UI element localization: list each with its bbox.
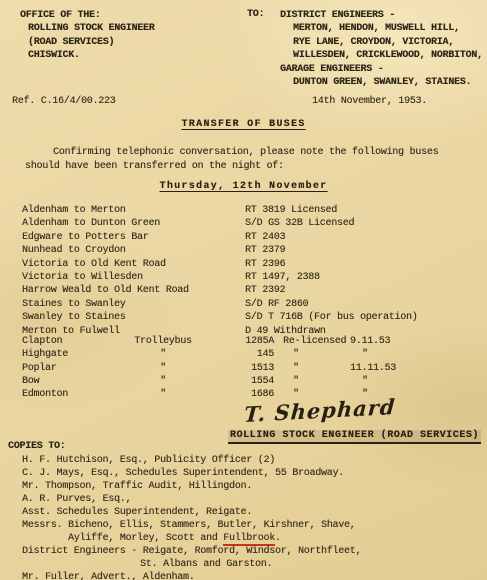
transfer-vehicle-detail: RT 2396 [245, 259, 285, 270]
trolleybus-row: Bow"1554"" [22, 376, 462, 389]
transfer-route: Merton to Fulwell [22, 326, 120, 337]
copies-line: Asst. Schedules Superintendent, Reigate. [22, 506, 361, 519]
transfer-route: Nunhead to Croydon [22, 245, 126, 256]
document-title: TRANSFER OF BUSES [0, 119, 487, 130]
transfer-route: Swanley to Staines [22, 312, 126, 323]
copies-label: COPIES TO: [8, 441, 66, 452]
recipient-line: MERTON, HENDON, MUSWELL HILL, [293, 22, 483, 35]
trolleybus-number: 1285A [218, 336, 274, 347]
transfer-route: Harrow Weald to Old Kent Road [22, 285, 189, 296]
office-address-line: (ROAD SERVICES) [28, 36, 155, 49]
trolleybus-date: " [350, 349, 368, 360]
copies-line: District Engineers - Reigate, Romford, W… [22, 545, 361, 558]
bus-transfers-list: Aldenham to MertonRT 3819 LicensedAldenh… [22, 205, 462, 339]
trolleybus-status: " [283, 363, 299, 374]
trolleybus-row: Highgate"145"" [22, 349, 462, 362]
recipient-group-heading: DISTRICT ENGINEERS - [280, 9, 483, 22]
recipients-block: DISTRICT ENGINEERS -MERTON, HENDON, MUSW… [275, 9, 483, 89]
trolleybus-type: Trolleybus [130, 336, 196, 347]
trolleybus-garage: Poplar [22, 363, 57, 374]
copies-text: . [275, 533, 281, 544]
office-label: OFFICE OF THE: [20, 9, 155, 22]
transfer-row: Edgware to Potters BarRT 2403 [22, 232, 462, 245]
copies-list: H. F. Hutchison, Esq., Publicity Officer… [22, 454, 361, 580]
trolleybus-date: " [350, 376, 368, 387]
recipient-line: DUNTON GREEN, SWANLEY, STAINES. [293, 76, 483, 89]
office-block: OFFICE OF THE: ROLLING STOCK ENGINEER(RO… [20, 9, 155, 62]
transfer-vehicle-detail: RT 2403 [245, 232, 285, 243]
trolleybus-date: 9.11.53 [350, 336, 390, 347]
trolleybus-garage: Edmonton [22, 389, 68, 400]
transfer-row: Aldenham to MertonRT 3819 Licensed [22, 205, 462, 218]
transfer-vehicle-detail: S/D T 716B (For bus operation) [245, 312, 418, 323]
copies-line: St. Albans and Garston. [22, 558, 361, 571]
trolleybus-date: 11.11.53 [350, 363, 396, 374]
copies-line: H. F. Hutchison, Esq., Publicity Officer… [22, 454, 361, 467]
trolleybus-garage: Highgate [22, 349, 68, 360]
copies-line: A. R. Purves, Esq., [22, 493, 361, 506]
trolleybus-number: 1554 [218, 376, 274, 387]
transfer-route: Victoria to Willesden [22, 272, 143, 283]
recipient-group-heading: GARAGE ENGINEERS - [280, 63, 483, 76]
transfer-row: Swanley to StainesS/D T 716B (For bus op… [22, 312, 462, 325]
signature-title: ROLLING STOCK ENGINEER (ROAD SERVICES) [228, 430, 481, 444]
transfer-row: Victoria to WillesdenRT 1497, 2388 [22, 272, 462, 285]
transfer-vehicle-detail: RT 2379 [245, 245, 285, 256]
memo-document: OFFICE OF THE: ROLLING STOCK ENGINEER(RO… [0, 0, 487, 580]
trolleybus-row: Poplar"1513"11.11.53 [22, 363, 462, 376]
trolleybus-type: " [130, 376, 196, 387]
trolleybus-type: " [130, 363, 196, 374]
transfer-route: Staines to Swanley [22, 299, 126, 310]
trolleybus-list: ClaptonTrolleybus1285ARe-licensed9.11.53… [22, 336, 462, 402]
recipient-line: RYE LANE, CROYDON, VICTORIA, [293, 36, 483, 49]
transfer-row: Staines to SwanleyS/D RF 2860 [22, 299, 462, 312]
intro-paragraph: Confirming telephonic conversation, plea… [25, 146, 438, 173]
transfer-route: Edgware to Potters Bar [22, 232, 149, 243]
trolleybus-type: " [130, 349, 196, 360]
copies-line: Messrs. Bicheno, Ellis, Stammers, Butler… [22, 519, 361, 532]
copies-line: Ayliffe, Morley, Scott and Fullbrook. [22, 532, 361, 545]
trolleybus-status: " [283, 376, 299, 387]
trolleybus-garage: Bow [22, 376, 39, 387]
copies-line: Mr. Fuller, Advert., Aldenham. [22, 571, 361, 580]
trolleybus-number: 145 [218, 349, 274, 360]
intro-line: should have been transferred on the nigh… [25, 160, 438, 174]
copies-text: Ayliffe, Morley, Scott and [68, 533, 223, 544]
transfer-vehicle-detail: RT 1497, 2388 [245, 272, 320, 283]
transfer-route: Aldenham to Merton [22, 205, 126, 216]
transfer-route: Aldenham to Dunton Green [22, 218, 160, 229]
intro-line: Confirming telephonic conversation, plea… [25, 146, 438, 160]
transfer-row: Harrow Weald to Old Kent RoadRT 2392 [22, 285, 462, 298]
trolleybus-status: Re-licensed [283, 336, 346, 347]
transfer-vehicle-detail: S/D GS 32B Licensed [245, 218, 354, 229]
recipient-line: WILLESDEN, CRICKLEWOOD, NORBITON, [293, 49, 483, 62]
transfer-route: Victoria to Old Kent Road [22, 259, 166, 270]
to-label: TO: [247, 9, 264, 20]
reference-number: Ref. C.16/4/00.223 [12, 96, 116, 107]
document-date: 14th November, 1953. [312, 96, 427, 107]
office-address-line: CHISWICK. [28, 49, 155, 62]
copies-line: Mr. Thompson, Traffic Audit, Hillingdon. [22, 480, 361, 493]
transfer-vehicle-detail: D 49 Withdrawn [245, 326, 326, 337]
transfer-row: Victoria to Old Kent RoadRT 2396 [22, 259, 462, 272]
office-address-line: ROLLING STOCK ENGINEER [28, 22, 155, 35]
trolleybus-row: ClaptonTrolleybus1285ARe-licensed9.11.53 [22, 336, 462, 349]
trolleybus-number: 1686 [218, 389, 274, 400]
transfer-date-subtitle: Thursday, 12th November [0, 181, 487, 192]
transfer-row: Nunhead to CroydonRT 2379 [22, 245, 462, 258]
trolleybus-status: " [283, 349, 299, 360]
transfer-row: Aldenham to Dunton GreenS/D GS 32B Licen… [22, 218, 462, 231]
copies-line: C. J. Mays, Esq., Schedules Superintende… [22, 467, 361, 480]
office-address-lines: ROLLING STOCK ENGINEER(ROAD SERVICES)CHI… [20, 22, 155, 62]
transfer-vehicle-detail: RT 2392 [245, 285, 285, 296]
trolleybus-type: " [130, 389, 196, 400]
trolleybus-garage: Clapton [22, 336, 62, 347]
transfer-vehicle-detail: S/D RF 2860 [245, 299, 308, 310]
transfer-vehicle-detail: RT 3819 Licensed [245, 205, 337, 216]
trolleybus-number: 1513 [218, 363, 274, 374]
